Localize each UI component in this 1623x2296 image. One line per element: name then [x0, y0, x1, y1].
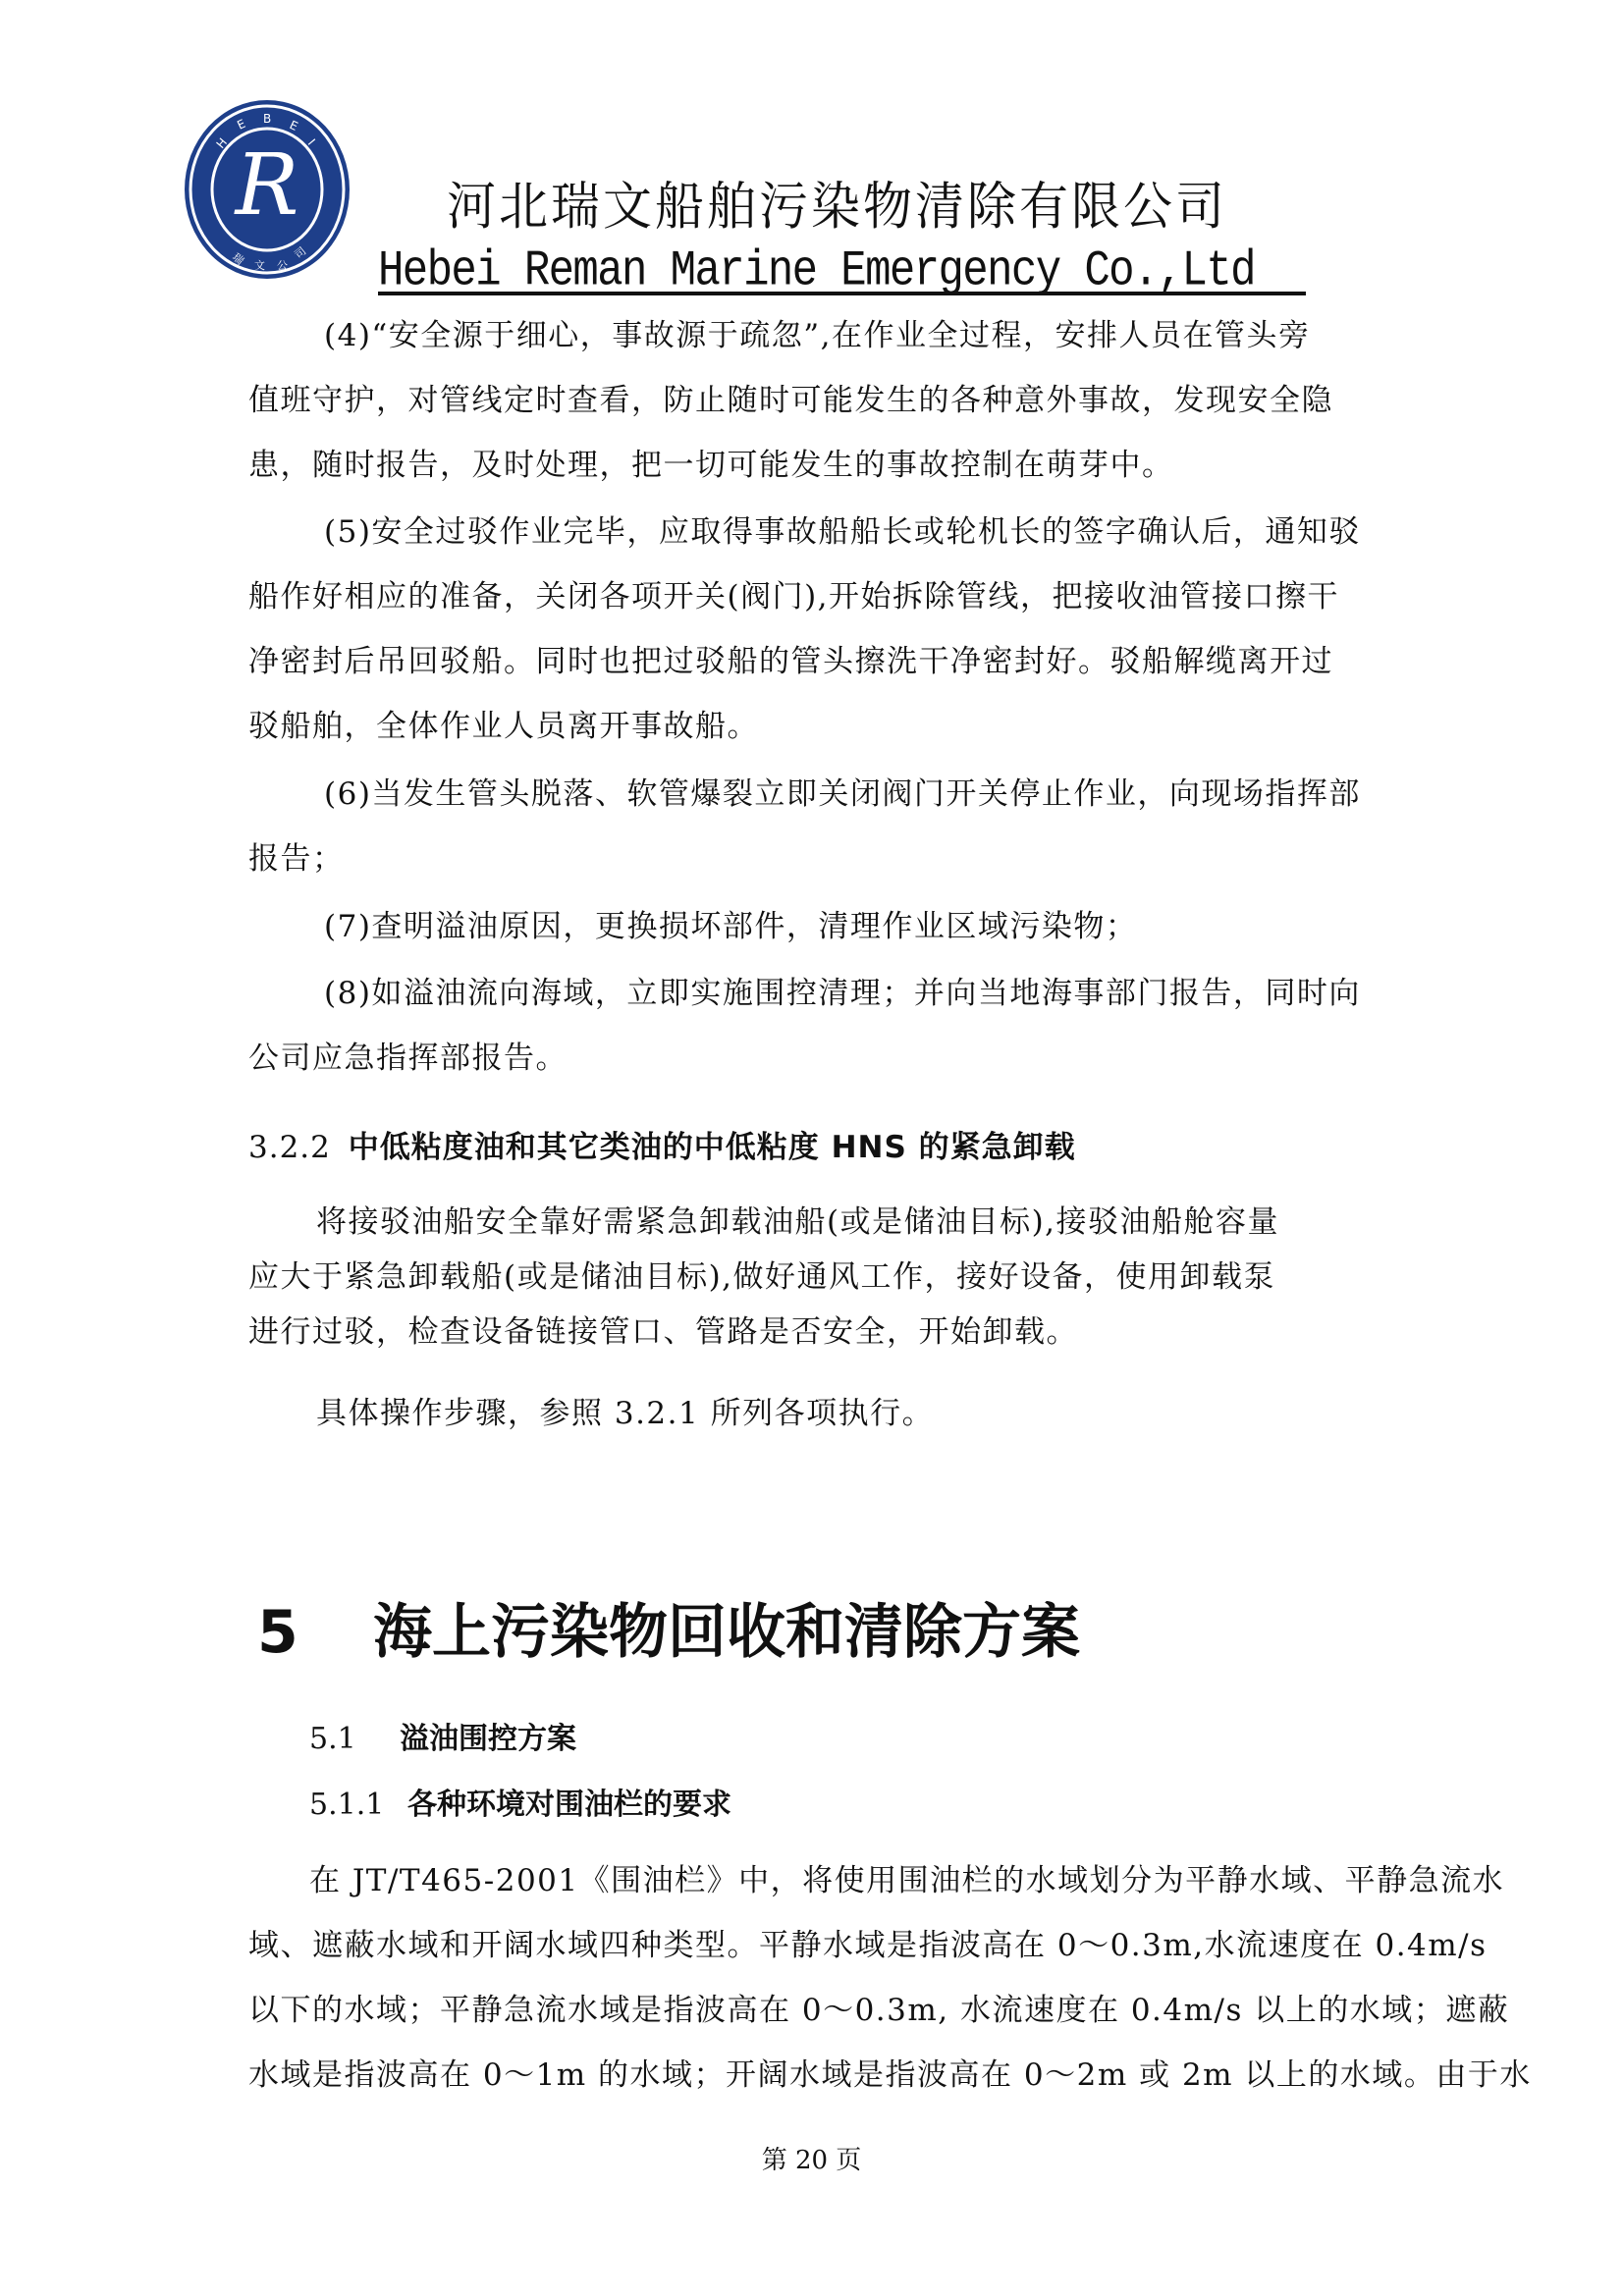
section-heading-5-1: 5.1溢油围控方案: [309, 1714, 576, 1757]
paragraph-line: (6)当发生管头脱落、软管爆裂立即关闭阀门开关停止作业，向现场指挥部: [324, 774, 1387, 814]
section-number: 3.2.2: [248, 1130, 337, 1165]
paragraph-line: 域、遮蔽水域和开阔水域四种类型。平静水域是指波高在 0～0.3m,水流速度在 0…: [248, 1926, 1387, 1965]
section-title: 溢油围控方案: [400, 1722, 576, 1756]
svg-text:B: B: [263, 112, 271, 126]
section-heading-3-2-2: 3.2.2 中低粘度油和其它类油的中低粘度 HNS 的紧急卸载: [248, 1122, 1076, 1166]
paragraph-line: (4)“安全源于细心，事故源于疏忽”,在作业全过程，安排人员在管头旁: [324, 316, 1387, 355]
chapter-number: 5: [257, 1598, 373, 1667]
paragraph-line: 报告；: [248, 839, 1387, 879]
paragraph-line: 患，随时报告，及时处理，把一切可能发生的事故控制在萌芽中。: [248, 446, 1387, 485]
paragraph-line: 驳船舶，全体作业人员离开事故船。: [248, 707, 1387, 746]
paragraph-line: 在 JT/T465-2001《围油栏》中，将使用围油栏的水域划分为平静水域、平静…: [309, 1861, 1387, 1900]
svg-text:文: 文: [254, 259, 265, 272]
page-number: 第 20 页: [0, 2140, 1623, 2176]
chapter-heading-5: 5海上污染物回收和清除方案: [257, 1585, 1080, 1670]
paragraph-line: 将接驳油船安全靠好需紧急卸载油船(或是储油目标),接驳油船舱容量: [316, 1202, 1387, 1242]
paragraph-line: 船作好相应的准备，关闭各项开关(阀门),开始拆除管线，把接收油管接口擦干: [248, 577, 1387, 616]
paragraph-line: 进行过驳，检查设备链接管口、管路是否安全，开始卸载。: [248, 1312, 1387, 1352]
section-number: 5.1: [309, 1722, 400, 1756]
paragraph-line: 净密封后吊回驳船。同时也把过驳船的管头擦洗干净密封好。驳船解缆离开过: [248, 642, 1387, 681]
logo-emblem-icon: R H E B E I 瑞 文 公 司: [183, 98, 352, 281]
paragraph-line: 应大于紧急卸载船(或是储油目标),做好通风工作，接好设备，使用卸载泵: [248, 1257, 1387, 1297]
paragraph-line: 公司应急指挥部报告。: [248, 1039, 1387, 1078]
company-name-cn: 河北瑞文船舶污染物清除有限公司: [447, 165, 1227, 240]
paragraph-line: 以下的水域；平静急流水域是指波高在 0～0.3m, 水流速度在 0.4m/s 以…: [248, 1991, 1387, 2030]
section-title: 各种环境对围油栏的要求: [407, 1788, 731, 1822]
paragraph-line: (5)安全过驳作业完毕，应取得事故船船长或轮机长的签字确认后，通知驳: [324, 512, 1387, 552]
header-rule: [378, 292, 1306, 295]
paragraph-line: (8)如溢油流向海域，立即实施围控清理；并向当地海事部门报告，同时向: [324, 974, 1387, 1013]
svg-text:R: R: [234, 136, 299, 235]
section-title: 中低粘度油和其它类油的中低粘度 HNS 的紧急卸载: [349, 1130, 1076, 1165]
paragraph-line: 值班守护，对管线定时查看，防止随时可能发生的各种意外事故，发现安全隐: [248, 381, 1387, 420]
section-heading-5-1-1: 5.1.1各种环境对围油栏的要求: [309, 1780, 731, 1823]
company-logo: R H E B E I 瑞 文 公 司: [183, 98, 352, 281]
paragraph-line: (7)查明溢油原因，更换损坏部件，清理作业区域污染物；: [324, 907, 1387, 946]
svg-text:公: 公: [277, 259, 288, 272]
section-number: 5.1.1: [309, 1788, 407, 1822]
chapter-title: 海上污染物回收和清除方案: [373, 1598, 1080, 1667]
paragraph-line: 具体操作步骤，参照 3.2.1 所列各项执行。: [316, 1394, 1455, 1433]
paragraph-line: 水域是指波高在 0～1m 的水域；开阔水域是指波高在 0～2m 或 2m 以上的…: [248, 2056, 1387, 2095]
